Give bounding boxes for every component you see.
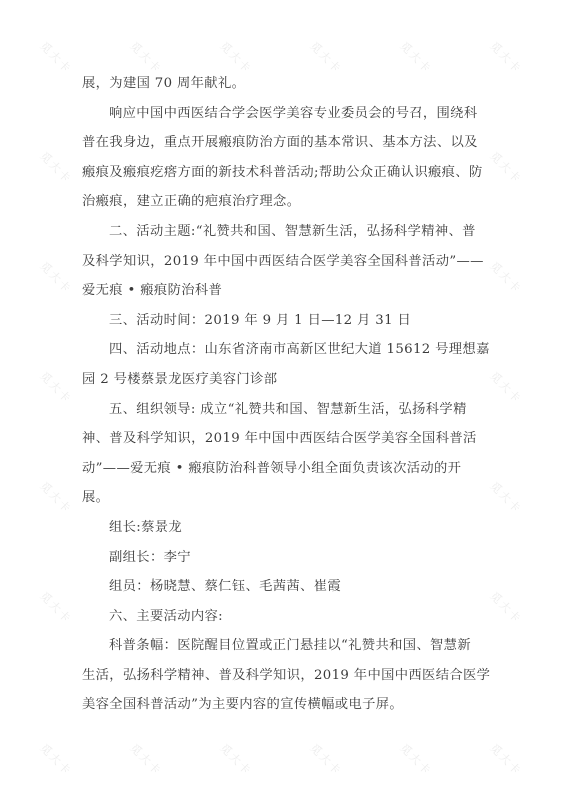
text-line: 瘢痕及瘢痕疙瘩方面的新技术科普活动;帮助公众正确认识瘢痕、防 (82, 163, 478, 193)
document-page: 展，为建国 70 周年献礼。 响应中国中西医结合学会医学美容专业委员会的号召，围… (82, 74, 478, 725)
text-line: 展，为建国 70 周年献礼。 (82, 74, 478, 104)
text-line: 神、普及科学知识，2019 年中国中西医结合医学美容全国科普活 (82, 429, 478, 459)
text-line: 普在我身边，重点开展瘢痕防治方面的基本常识、基本方法、以及 (82, 133, 478, 163)
text-line: 动”——爱无痕 • 瘢痕防治科普领导小组全面负责该次活动的开 (82, 459, 478, 489)
section-activities: 六、主要活动内容: (82, 607, 478, 637)
watermark: 觅大卡 (37, 38, 76, 77)
watermark: 觅大卡 (397, 38, 436, 77)
deputy-leader: 副组长：李宁 (82, 548, 478, 578)
section-location: 四、活动地点：山东省济南市高新区世纪大道 15612 号理想嘉 (82, 340, 478, 370)
watermark: 觅大卡 (307, 38, 346, 77)
team-leader: 组长:蔡景龙 (82, 518, 478, 548)
text-line: 生活，弘扬科学精神、普及科学知识，2019 年中国中西医结合医学 (82, 666, 478, 696)
section-time: 三、活动时间：2019 年 9 月 1 日—12 月 31 日 (82, 311, 478, 341)
watermark: 觅大卡 (37, 258, 76, 297)
watermark: 觅大卡 (307, 740, 346, 779)
text-line: 美容全国科普活动”为主要内容的宣传横幅或电子屏。 (82, 695, 478, 725)
text-line: 治瘢痕，建立正确的疤痕治疗理念。 (82, 192, 478, 222)
text-line: 园 2 号楼蔡景龙医疗美容门诊部 (82, 370, 478, 400)
paragraph-start: 响应中国中西医结合学会医学美容专业委员会的号召，围绕科 (82, 104, 478, 134)
watermark: 觅大卡 (127, 38, 166, 77)
team-members: 组员：杨晓慧、蔡仁钰、毛茜茜、崔霞 (82, 577, 478, 607)
watermark: 觅大卡 (487, 368, 526, 407)
watermark: 觅大卡 (37, 148, 76, 187)
watermark: 觅大卡 (217, 740, 256, 779)
watermark: 觅大卡 (37, 478, 76, 517)
text-line: 展。 (82, 488, 478, 518)
watermark: 觅大卡 (487, 258, 526, 297)
watermark: 觅大卡 (127, 740, 166, 779)
text-line: 爱无痕 • 瘢痕防治科普 (82, 281, 478, 311)
watermark: 觅大卡 (487, 148, 526, 187)
watermark: 觅大卡 (487, 740, 526, 779)
watermark: 觅大卡 (37, 740, 76, 779)
watermark: 觅大卡 (37, 368, 76, 407)
watermark: 觅大卡 (37, 588, 76, 627)
watermark: 觅大卡 (217, 38, 256, 77)
text-line: 及科学知识，2019 年中国中西医结合医学美容全国科普活动”—— (82, 252, 478, 282)
watermark: 觅大卡 (487, 38, 526, 77)
watermark: 觅大卡 (487, 478, 526, 517)
watermark: 觅大卡 (397, 740, 436, 779)
section-leadership: 五、组织领导: 成立“礼赞共和国、智慧新生活，弘扬科学精 (82, 400, 478, 430)
section-theme: 二、活动主题:“礼赞共和国、智慧新生活，弘扬科学精神、普 (82, 222, 478, 252)
banner-paragraph: 科普条幅：医院醒目位置或正门悬挂以“礼赞共和国、智慧新 (82, 636, 478, 666)
watermark: 觅大卡 (487, 588, 526, 627)
